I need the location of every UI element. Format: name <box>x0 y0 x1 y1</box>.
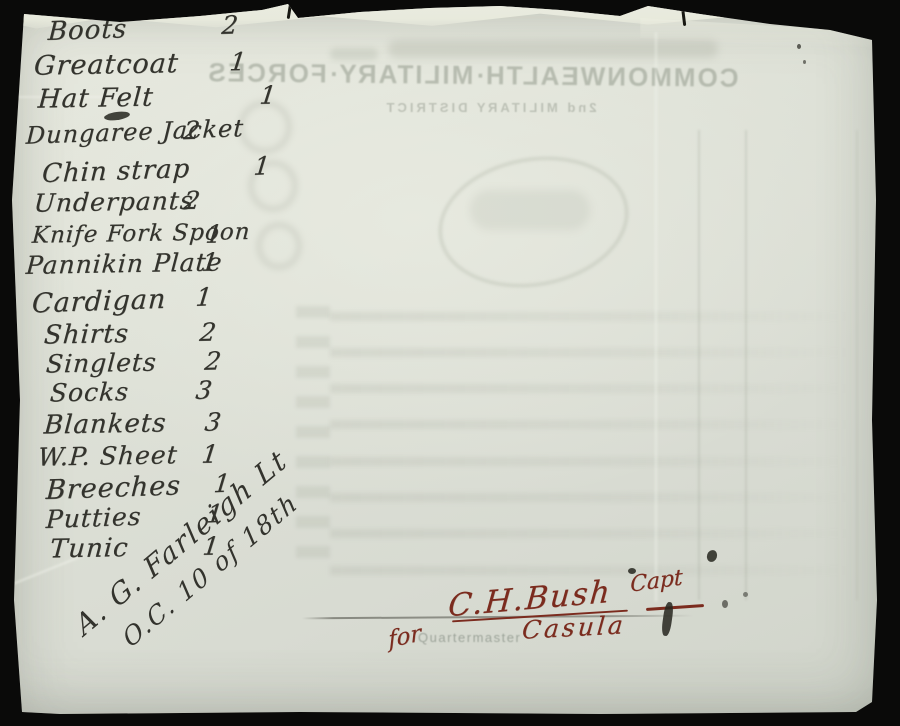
bleed-row-line <box>330 493 850 502</box>
kit-item-label: Tunic <box>49 533 130 564</box>
kit-item-label: Socks <box>49 377 130 407</box>
paper-sheet: COMMONWEALTH·MILITARY·FORCES 2nd MILITAR… <box>0 0 900 726</box>
kit-item-qty: 1 <box>252 151 271 181</box>
kit-item-qty: 1 <box>228 47 247 76</box>
bleed-row-line <box>330 420 850 429</box>
kit-item-label: Pannikin Plate <box>25 247 224 279</box>
kit-item-qty: 1 <box>258 80 277 109</box>
kit-item-label: Chin strap <box>41 154 191 189</box>
printed-quartermaster-label: Quartermaster <box>418 630 521 645</box>
bleed-subheader-text: 2nd MILITARY DISTRICT <box>352 100 628 115</box>
bleed-script-smudge <box>388 40 718 58</box>
ink-smudge <box>722 600 728 608</box>
kit-item-label: Cardigan <box>31 284 167 320</box>
kit-item-label: Underpants <box>33 186 195 218</box>
bleed-stamp-smudge <box>470 190 590 230</box>
kit-item-label: Boots <box>47 14 128 47</box>
kit-item-qty: 2 <box>220 10 239 40</box>
kit-item-label: Greatcoat <box>33 48 180 82</box>
bleed-column-line <box>856 130 858 600</box>
bleed-row-line <box>330 566 850 575</box>
kit-item-label: Singlets <box>45 348 158 379</box>
signature-flourish <box>646 604 704 611</box>
ink-speck <box>743 592 748 597</box>
kit-item-label: Hat Felt <box>37 83 155 115</box>
bleed-row-line <box>330 348 850 357</box>
ink-speck <box>803 60 806 64</box>
kit-item-label: Putties <box>45 502 142 534</box>
kit-item-label: Shirts <box>43 319 130 351</box>
bleed-column-line <box>745 130 747 600</box>
bleed-row-line <box>330 312 850 321</box>
kit-item-qty: 3 <box>194 376 213 405</box>
kit-item-qty: 2 <box>182 116 201 146</box>
bleed-column-line <box>698 130 700 600</box>
bleed-row-line <box>330 384 850 393</box>
signature-location: Casula <box>521 610 627 645</box>
kit-item-label: Blankets <box>43 408 168 440</box>
bleed-row-line <box>330 457 850 466</box>
bleed-row-line <box>330 529 850 538</box>
kit-item-label: W.P. Sheet <box>37 440 179 471</box>
ink-speck <box>797 44 801 49</box>
ink-smudge <box>628 568 636 574</box>
signature-for-word: for <box>387 620 421 653</box>
kit-item-qty: 2 <box>198 318 217 347</box>
ink-smudge <box>705 549 718 564</box>
document-scan: COMMONWEALTH·MILITARY·FORCES 2nd MILITAR… <box>0 0 900 726</box>
crease <box>655 32 657 602</box>
kit-item-qty: 2 <box>203 346 222 375</box>
kit-item-qty: 3 <box>203 407 222 436</box>
kit-item-qty: 2 <box>182 186 201 215</box>
kit-item-qty: 1 <box>194 282 213 312</box>
kit-item-qty: 1 <box>200 439 219 468</box>
